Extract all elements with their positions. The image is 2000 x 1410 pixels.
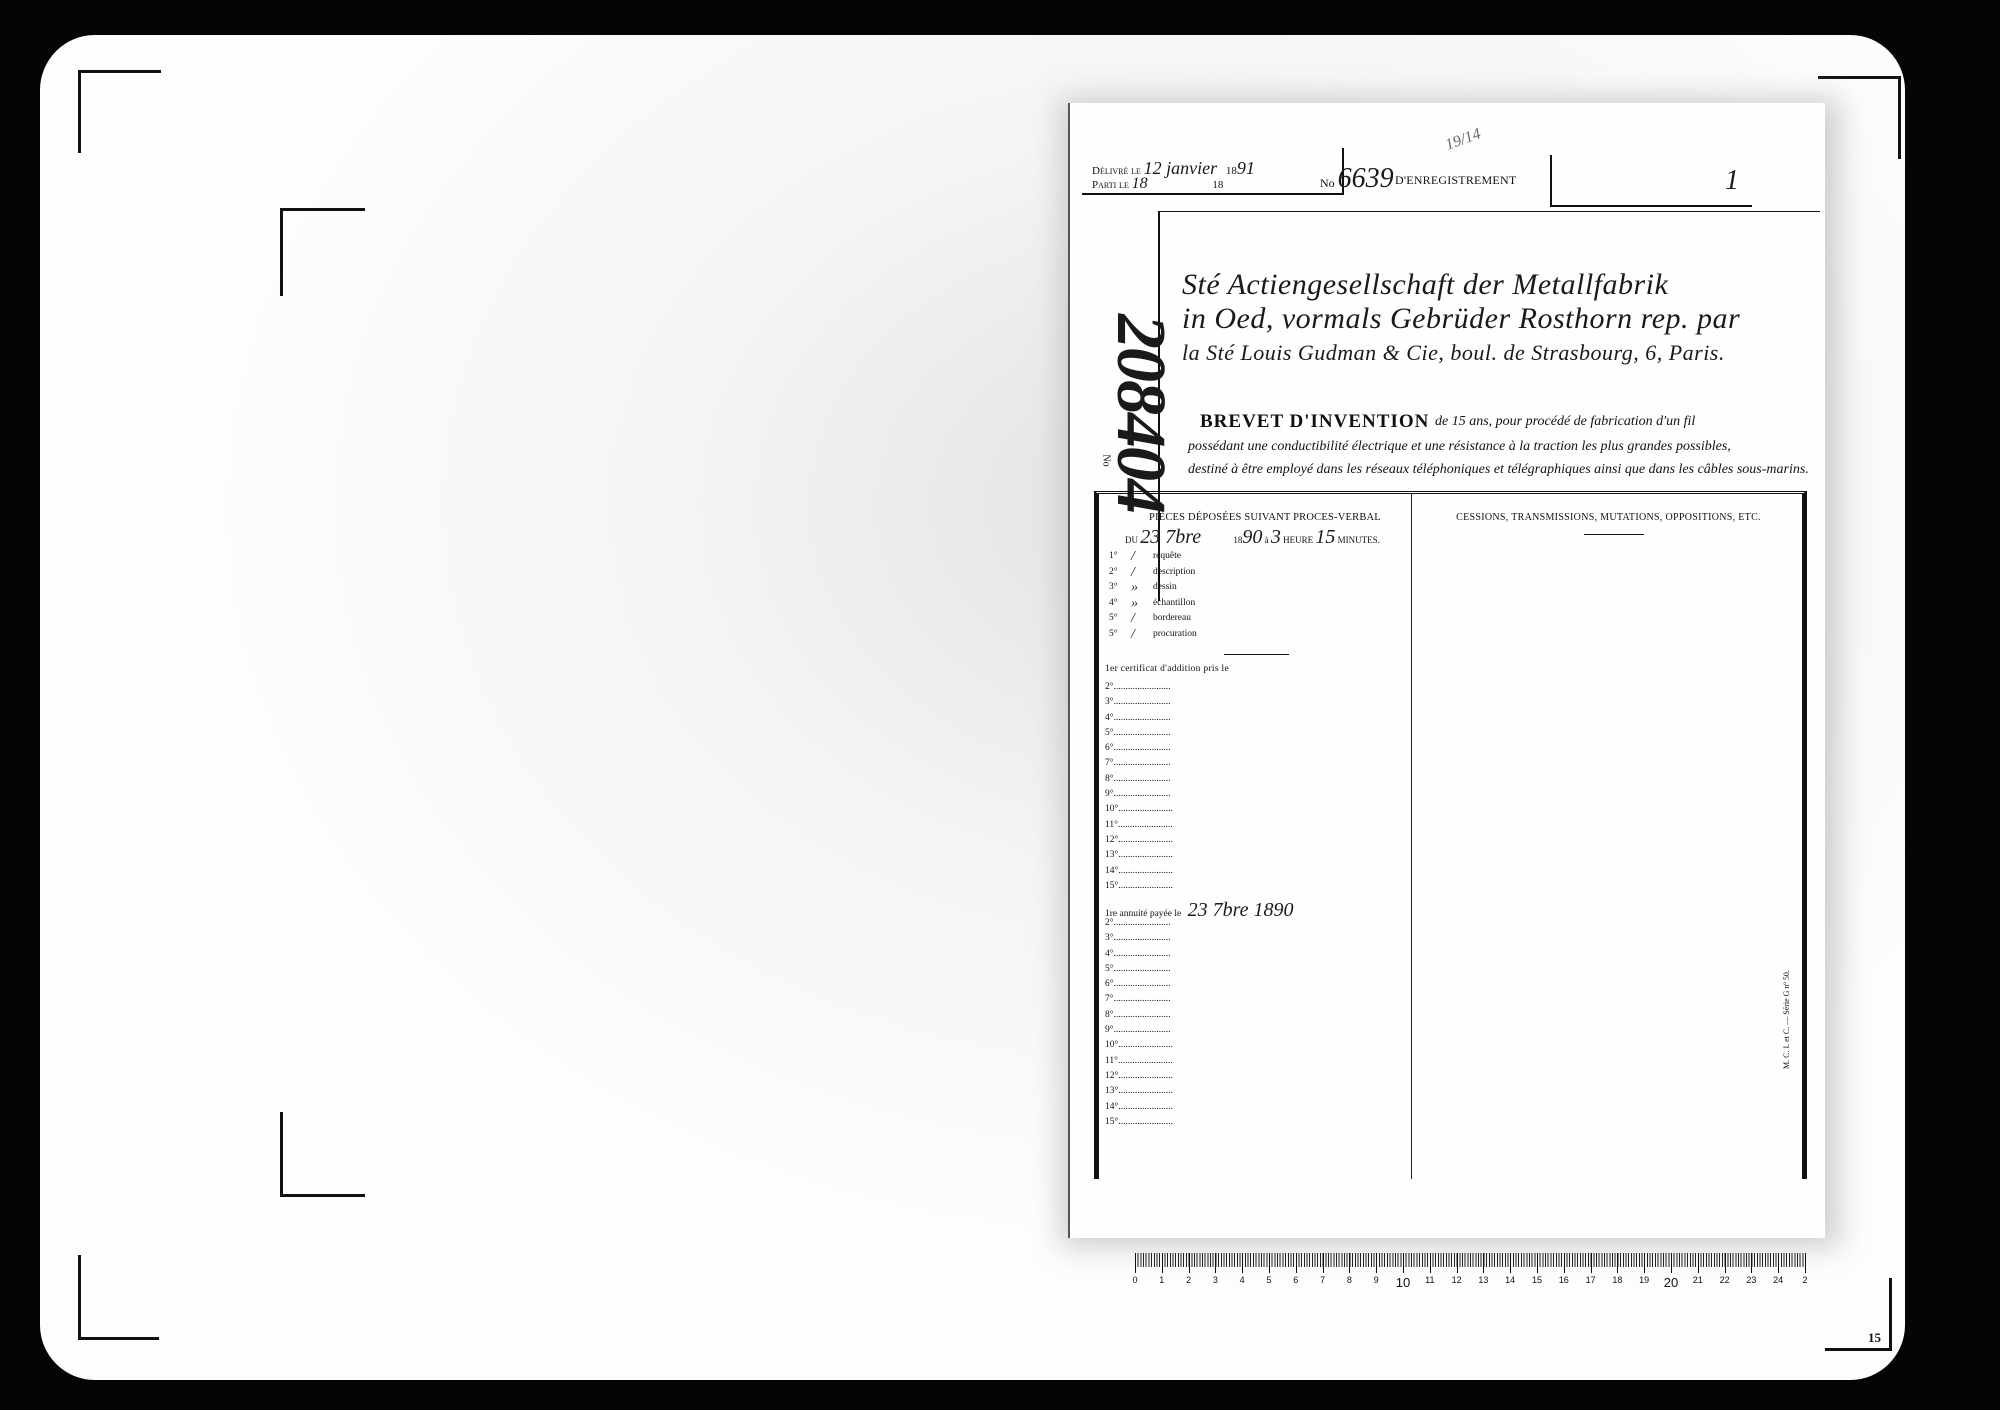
annuity-row: 2°........................ <box>1105 916 1173 931</box>
ruler-label: 6 <box>1293 1275 1298 1285</box>
ruler-major-tick <box>1483 1253 1484 1273</box>
ruler-label: 15 <box>1532 1275 1542 1285</box>
certificates-title: 1er certificat d'addition pris le <box>1105 664 1229 674</box>
pv-date: 23 7bre <box>1140 526 1201 548</box>
certificate-row: 10°....................... <box>1105 802 1173 817</box>
ruler-label: 18 <box>1612 1275 1622 1285</box>
ruler-label: 22 <box>1720 1275 1730 1285</box>
row-num: 13° <box>1105 1086 1118 1096</box>
ruler-label: 17 <box>1586 1275 1596 1285</box>
registration-number: No 6639 <box>1320 163 1394 195</box>
ruler-label: 0 <box>1132 1275 1137 1285</box>
ruler-label: 14 <box>1505 1275 1515 1285</box>
pieces-rule <box>1224 654 1289 655</box>
ruler-major-tick <box>1135 1253 1136 1273</box>
annuity-row: 12°....................... <box>1105 1069 1173 1084</box>
piece-item: 3°»dessin <box>1109 580 1197 596</box>
piece-item: 1°/requête <box>1109 549 1197 565</box>
row-num: 14° <box>1105 1102 1118 1112</box>
piece-item: 5°/procuration <box>1109 627 1197 643</box>
ruler-major-tick <box>1725 1253 1726 1273</box>
annuity-row: 6°........................ <box>1105 977 1173 992</box>
row-num: 2° <box>1105 918 1114 928</box>
ruler-major-tick <box>1403 1253 1404 1273</box>
certificate-row: 11°....................... <box>1105 818 1173 833</box>
annuity-row: 9°........................ <box>1105 1023 1173 1038</box>
pv-hour: 3 <box>1271 526 1281 548</box>
ruler-major-tick <box>1349 1253 1350 1273</box>
ruler-major-tick <box>1698 1253 1699 1273</box>
annuities-list: 2°........................ 3°...........… <box>1105 916 1173 1130</box>
owner-line-1: Sté Actiengesellschaft der Metallfabrik <box>1182 268 1802 302</box>
ruler-major-tick <box>1162 1253 1163 1273</box>
corner-number: 15 <box>1868 1330 1881 1346</box>
ruler-major-tick <box>1323 1253 1324 1273</box>
certificate-row: 4°........................ <box>1105 711 1173 726</box>
row-num: 12° <box>1105 1071 1118 1081</box>
ruler-major-tick <box>1778 1253 1779 1273</box>
row-num: 8° <box>1105 1010 1114 1020</box>
certificate-row: 12°....................... <box>1105 833 1173 848</box>
piece-label: dessin <box>1153 580 1177 596</box>
certificates-list: 2°........................ 3°...........… <box>1105 680 1173 894</box>
description-line-2: possédant une conductibilité électrique … <box>1188 436 1828 458</box>
row-num: 2° <box>1105 682 1114 692</box>
piece-mark: / <box>1131 611 1153 627</box>
piece-num: 1° <box>1109 549 1131 565</box>
proces-verbal-date-line: DU 23 7bre 1890 à 3 HEURE 15 MINUTES. <box>1125 526 1405 549</box>
row-num: 10° <box>1105 804 1118 814</box>
a-label: à <box>1265 535 1269 545</box>
piece-mark: » <box>1131 596 1153 612</box>
piece-label: échantillon <box>1153 596 1195 612</box>
first-annuity-date: 23 7bre 1890 <box>1188 899 1294 921</box>
piece-item: 2°/description <box>1109 565 1197 581</box>
ruler-major-tick <box>1242 1253 1243 1273</box>
ruler-label: 1 <box>1159 1275 1164 1285</box>
cessions-title: CESSIONS, TRANSMISSIONS, MUTATIONS, OPPO… <box>1415 512 1802 523</box>
ruler-label: 23 <box>1746 1275 1756 1285</box>
crop-mark-bottom-left <box>78 1255 159 1340</box>
parti-line: Parti le 18 18 <box>1092 175 1223 193</box>
certificate-row: 6°........................ <box>1105 741 1173 756</box>
certificate-row: 14°....................... <box>1105 864 1173 879</box>
row-num: 12° <box>1105 835 1118 845</box>
ruler-label: 3 <box>1213 1275 1218 1285</box>
ruler-label: 12 <box>1452 1275 1462 1285</box>
pv-year: 90 <box>1242 526 1262 548</box>
annuity-row: 8°........................ <box>1105 1008 1173 1023</box>
description-line-1: de 15 ans, pour procédé de fabrication d… <box>1435 411 1815 433</box>
ruler-major-tick <box>1215 1253 1216 1273</box>
owner-line-2: in Oed, vormals Gebrüder Rosthorn rep. p… <box>1182 302 1802 336</box>
piece-mark: » <box>1131 580 1153 596</box>
row-num: 15° <box>1105 881 1118 891</box>
row-num: 11° <box>1105 1056 1118 1066</box>
certificate-row: 7°........................ <box>1105 756 1173 771</box>
ruler-label: 21 <box>1693 1275 1703 1285</box>
crop-mark-inner-bottom-left <box>280 1112 365 1197</box>
ruler-label: 13 <box>1478 1275 1488 1285</box>
ruler-label: 11 <box>1425 1275 1434 1285</box>
row-num: 9° <box>1105 789 1114 799</box>
patent-type-label: BREVET D'INVENTION <box>1200 411 1429 433</box>
ruler-major-tick <box>1537 1253 1538 1273</box>
piece-num: 4° <box>1109 596 1131 612</box>
patent-owner: Sté Actiengesellschaft der Metallfabrik … <box>1182 268 1802 370</box>
minutes-label: MINUTES. <box>1338 535 1380 545</box>
piece-num: 5° <box>1109 611 1131 627</box>
parti-value: 18 <box>1132 175 1148 192</box>
ruler-major-tick <box>1617 1253 1618 1273</box>
ruler-major-tick <box>1430 1253 1431 1273</box>
ruler-label: 20 <box>1664 1275 1678 1290</box>
ruler-major-tick <box>1269 1253 1270 1273</box>
ruler-major-tick <box>1591 1253 1592 1273</box>
delivre-year-prefix: 18 <box>1226 165 1237 177</box>
piece-mark: / <box>1131 565 1153 581</box>
annuity-row: 14°....................... <box>1105 1100 1173 1115</box>
registration-num-prefix: No <box>1320 176 1335 190</box>
certificate-row: 3°........................ <box>1105 695 1173 710</box>
row-num: 13° <box>1105 850 1118 860</box>
row-num: 6° <box>1105 743 1114 753</box>
certificate-row: 2°........................ <box>1105 680 1173 695</box>
ruler-major-tick <box>1644 1253 1645 1273</box>
piece-label: procuration <box>1153 627 1197 643</box>
certificate-row: 13°....................... <box>1105 848 1173 863</box>
piece-mark: / <box>1131 627 1153 643</box>
certificate-row: 8°........................ <box>1105 772 1173 787</box>
ruler-label: 24 <box>1773 1275 1783 1285</box>
ruler-label: 19 <box>1639 1275 1649 1285</box>
ruler-label: 9 <box>1374 1275 1379 1285</box>
annuity-row: 11°....................... <box>1105 1054 1173 1069</box>
row-num: 10° <box>1105 1040 1118 1050</box>
ruler-label: 2 <box>1802 1275 1807 1285</box>
ruler-major-tick <box>1296 1253 1297 1273</box>
patent-document-page: Délivré le 12 janvier 1891 Parti le 18 1… <box>1068 103 1825 1238</box>
series-note: M. C. I. et C. — Série G nº 50. <box>1782 970 1791 1069</box>
annuity-row: 4°........................ <box>1105 947 1173 962</box>
crop-mark-inner-top-left <box>280 208 365 296</box>
row-num: 11° <box>1105 820 1118 830</box>
certificate-row: 15°....................... <box>1105 879 1173 894</box>
row-num: 7° <box>1105 758 1114 768</box>
piece-mark: / <box>1131 549 1153 565</box>
pieces-list: 1°/requête 2°/description 3°»dessin 4°»é… <box>1109 549 1197 642</box>
piece-item: 5°/bordereau <box>1109 611 1197 627</box>
annuity-row: 10°....................... <box>1105 1038 1173 1053</box>
row-num: 14° <box>1105 866 1118 876</box>
ruler-label: 5 <box>1266 1275 1271 1285</box>
row-num: 3° <box>1105 933 1114 943</box>
owner-line-3: la Sté Louis Gudman & Cie, boul. de Stra… <box>1182 336 1802 370</box>
row-num: 7° <box>1105 994 1114 1004</box>
piece-num: 5° <box>1109 627 1131 643</box>
pieces-title: PIÈCES DÉPOSÉES SUIVANT PROCES-VERBAL <box>1149 512 1381 523</box>
certificate-row: 5°........................ <box>1105 726 1173 741</box>
register-frame: PIÈCES DÉPOSÉES SUIVANT PROCES-VERBAL DU… <box>1094 491 1807 1179</box>
ruler-major-tick <box>1564 1253 1565 1273</box>
ruler-major-tick <box>1671 1253 1672 1273</box>
annuity-row: 13°....................... <box>1105 1084 1173 1099</box>
ruler-major-tick <box>1510 1253 1511 1273</box>
parti-label: Parti le <box>1092 179 1129 191</box>
piece-label: bordereau <box>1153 611 1191 627</box>
piece-item: 4°»échantillon <box>1109 596 1197 612</box>
certificate-row: 9°........................ <box>1105 787 1173 802</box>
heure-label: HEURE <box>1283 535 1313 545</box>
annuity-row: 15°....................... <box>1105 1115 1173 1130</box>
piece-num: 2° <box>1109 565 1131 581</box>
annuity-row: 7°........................ <box>1105 992 1173 1007</box>
parti-year-prefix: 18 <box>1212 179 1223 191</box>
ruler-label: 7 <box>1320 1275 1325 1285</box>
registration-number-value: 6639 <box>1338 163 1394 194</box>
row-num: 8° <box>1105 774 1114 784</box>
ruler-major-tick <box>1751 1253 1752 1273</box>
crop-mark-top-left <box>78 70 161 153</box>
frame-divider <box>1411 494 1412 1179</box>
description-line-3: destiné à être employé dans les réseaux … <box>1188 459 1828 481</box>
registration-label: D'ENREGISTREMENT <box>1395 173 1516 188</box>
annuity-row: 5°........................ <box>1105 962 1173 977</box>
crop-mark-bottom-right <box>1825 1278 1892 1351</box>
row-num: 6° <box>1105 979 1114 989</box>
fraction-note: 19/14 <box>1443 125 1483 154</box>
ruler-label: 16 <box>1559 1275 1569 1285</box>
annuity-row: 3°........................ <box>1105 931 1173 946</box>
delivre-year: 91 <box>1237 158 1255 178</box>
row-num: 15° <box>1105 1117 1118 1127</box>
title-rule <box>1160 211 1820 212</box>
du-label: DU <box>1125 535 1138 545</box>
row-num: 9° <box>1105 1025 1114 1035</box>
pv-minutes: 15 <box>1315 526 1335 548</box>
row-num: 4° <box>1105 713 1114 723</box>
ruler-ticks <box>1135 1253 1805 1267</box>
ruler-major-tick <box>1189 1253 1190 1273</box>
ruler-major-tick <box>1457 1253 1458 1273</box>
box-mark: 1 <box>1725 165 1739 197</box>
row-num: 3° <box>1105 697 1114 707</box>
patent-number-prefix: No <box>1101 454 1112 466</box>
ruler-label: 4 <box>1240 1275 1245 1285</box>
cessions-rule <box>1584 534 1644 535</box>
ruler-major-tick <box>1376 1253 1377 1273</box>
ruler-label: 8 <box>1347 1275 1352 1285</box>
ruler-major-tick <box>1805 1253 1806 1273</box>
row-num: 4° <box>1105 949 1114 959</box>
ruler-label: 10 <box>1396 1275 1410 1290</box>
row-num: 5° <box>1105 964 1114 974</box>
ruler-label: 2 <box>1186 1275 1191 1285</box>
header-right-box <box>1550 155 1752 207</box>
measurement-ruler: 0123456789101112131415161718192021222324… <box>1135 1253 1805 1285</box>
row-num: 5° <box>1105 728 1114 738</box>
piece-label: requête <box>1153 549 1181 565</box>
piece-label: description <box>1153 565 1195 581</box>
piece-num: 3° <box>1109 580 1131 596</box>
